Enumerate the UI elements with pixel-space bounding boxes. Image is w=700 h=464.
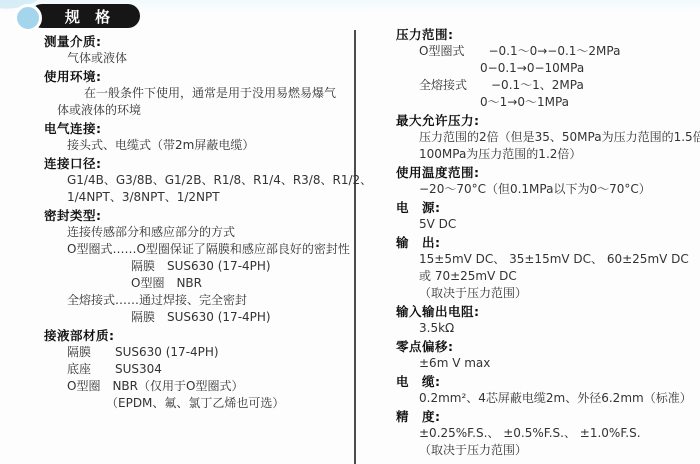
- right-column: 压力范围:O型圈式 −0.1～0→−0.1～2MPa0−0.1→0−10MPa全…: [396, 26, 700, 460]
- section-heading: 电 源:: [396, 199, 700, 216]
- section-heading: 电 缆:: [396, 373, 700, 390]
- spec-section: 使用环境:在一般条件下使用，通常是用于没用易燃易爆气体或液体的环境: [44, 68, 352, 119]
- spec-section: 精 度:±0.25%F.S.、 ±0.5%F.S.、 ±1.0%F.S.（取决于…: [396, 408, 700, 459]
- page-header: 规 格: [0, 0, 220, 34]
- spec-section: 电气连接:接头式、电缆式（带2m屏蔽电缆）: [44, 120, 352, 154]
- section-heading: 连接口径:: [44, 155, 352, 172]
- blue-circle-icon: [14, 4, 42, 32]
- spec-line: 在一般条件下使用，通常是用于没用易燃易爆气: [44, 85, 352, 102]
- spec-line: （EPDM、氟、氯丁乙烯也可选）: [44, 395, 352, 412]
- spec-section: 使用温度范围:−20～70°C（但0.1MPa以下为0～70°C）: [396, 164, 700, 198]
- spec-line: O型圈 NBR: [44, 275, 352, 292]
- spec-section: 接液部材质:隔膜 SUS630 (17-4PH)底座 SUS304O型圈 NBR…: [44, 327, 352, 412]
- spec-line: 隔膜 SUS630 (17-4PH): [44, 344, 352, 361]
- spec-section: 压力范围:O型圈式 −0.1～0→−0.1～2MPa0−0.1→0−10MPa全…: [396, 26, 700, 111]
- left-column: 测量介质:气体或液体使用环境:在一般条件下使用，通常是用于没用易燃易爆气体或液体…: [44, 33, 352, 413]
- spec-line: 1/4NPT、3/8NPT、1/2NPT: [44, 189, 352, 206]
- spec-sheet-page: 规 格 测量介质:气体或液体使用环境:在一般条件下使用，通常是用于没用易燃易爆气…: [0, 0, 700, 464]
- spec-line: ±6m V max: [396, 355, 700, 372]
- section-heading: 使用环境:: [44, 68, 352, 85]
- spec-line: 0−0.1→0−10MPa: [396, 60, 700, 77]
- spec-section: 输入输出电阻:3.5kΩ: [396, 303, 700, 337]
- spec-line: 全熔接式……通过焊接、完全密封: [44, 292, 352, 309]
- spec-line: 隔膜 SUS630 (17-4PH): [44, 309, 352, 326]
- section-heading: 测量介质:: [44, 33, 352, 50]
- section-heading: 输 出:: [396, 234, 700, 251]
- spec-line: O型圈 NBR（仅用于O型圈式）: [44, 378, 352, 395]
- spec-line: 底座 SUS304: [44, 361, 352, 378]
- spec-line: G1/4B、G3/8B、G1/2B、R1/8、R1/4、R3/8、R1/2、: [44, 172, 352, 189]
- spec-line: 体或液体的环境: [44, 102, 352, 119]
- spec-line: 100MPa为压力范围的1.2倍）: [396, 146, 700, 163]
- section-heading: 零点偏移:: [396, 338, 700, 355]
- spec-line: 3.5kΩ: [396, 320, 700, 337]
- section-heading: 精 度:: [396, 408, 700, 425]
- spec-line: 气体或液体: [44, 50, 352, 67]
- spec-section: 电 源:5V DC: [396, 199, 700, 233]
- spec-line: 隔膜 SUS630 (17-4PH): [44, 258, 352, 275]
- column-divider: [354, 30, 356, 464]
- spec-line: 连接传感部分和感应部分的方式: [44, 224, 352, 241]
- spec-line: 接头式、电缆式（带2m屏蔽电缆）: [44, 137, 352, 154]
- spec-line: 压力范围的2倍（但是35、50MPa为压力范围的1.5倍、70、: [396, 129, 700, 146]
- spec-section: 输 出:15±5mV DC、 35±15mV DC、 60±25mV DC或 7…: [396, 234, 700, 302]
- spec-section: 最大允许压力:压力范围的2倍（但是35、50MPa为压力范围的1.5倍、70、1…: [396, 112, 700, 163]
- page-title: 规 格: [55, 6, 115, 27]
- spec-line: 15±5mV DC、 35±15mV DC、 60±25mV DC: [396, 251, 700, 268]
- spec-section: 测量介质:气体或液体: [44, 33, 352, 67]
- spec-line: −20～70°C（但0.1MPa以下为0～70°C）: [396, 181, 700, 198]
- spec-section: 零点偏移:±6m V max: [396, 338, 700, 372]
- spec-section: 密封类型:连接传感部分和感应部分的方式O型圈式……O型圈保证了隔膜和感应部良好的…: [44, 207, 352, 326]
- spec-section: 连接口径:G1/4B、G3/8B、G1/2B、R1/8、R1/4、R3/8、R1…: [44, 155, 352, 206]
- spec-line: 0.2mm²、4芯屏蔽电缆2m、外径6.2mm（标准）: [396, 390, 700, 407]
- spec-line: 5V DC: [396, 216, 700, 233]
- spec-line: （取决于压力范围）: [396, 442, 700, 459]
- spec-line: O型圈式……O型圈保证了隔膜和感应部良好的密封性: [44, 241, 352, 258]
- section-heading: 电气连接:: [44, 120, 352, 137]
- section-heading: 压力范围:: [396, 26, 700, 43]
- section-heading: 密封类型:: [44, 207, 352, 224]
- spec-line: 全熔接式 −0.1～1、2MPa: [396, 77, 700, 94]
- section-heading: 输入输出电阻:: [396, 303, 700, 320]
- spec-line: ±0.25%F.S.、 ±0.5%F.S.、 ±1.0%F.S.: [396, 425, 700, 442]
- spec-line: 0～1→0～1MPa: [396, 94, 700, 111]
- spec-line: （取决于压力范围）: [396, 285, 700, 302]
- section-heading: 最大允许压力:: [396, 112, 700, 129]
- spec-section: 电 缆:0.2mm²、4芯屏蔽电缆2m、外径6.2mm（标准）: [396, 373, 700, 407]
- spec-line: 或 70±25mV DC: [396, 268, 700, 285]
- section-heading: 使用温度范围:: [396, 164, 700, 181]
- title-banner: 规 格: [30, 4, 140, 28]
- section-heading: 接液部材质:: [44, 327, 352, 344]
- spec-line: O型圈式 −0.1～0→−0.1～2MPa: [396, 43, 700, 60]
